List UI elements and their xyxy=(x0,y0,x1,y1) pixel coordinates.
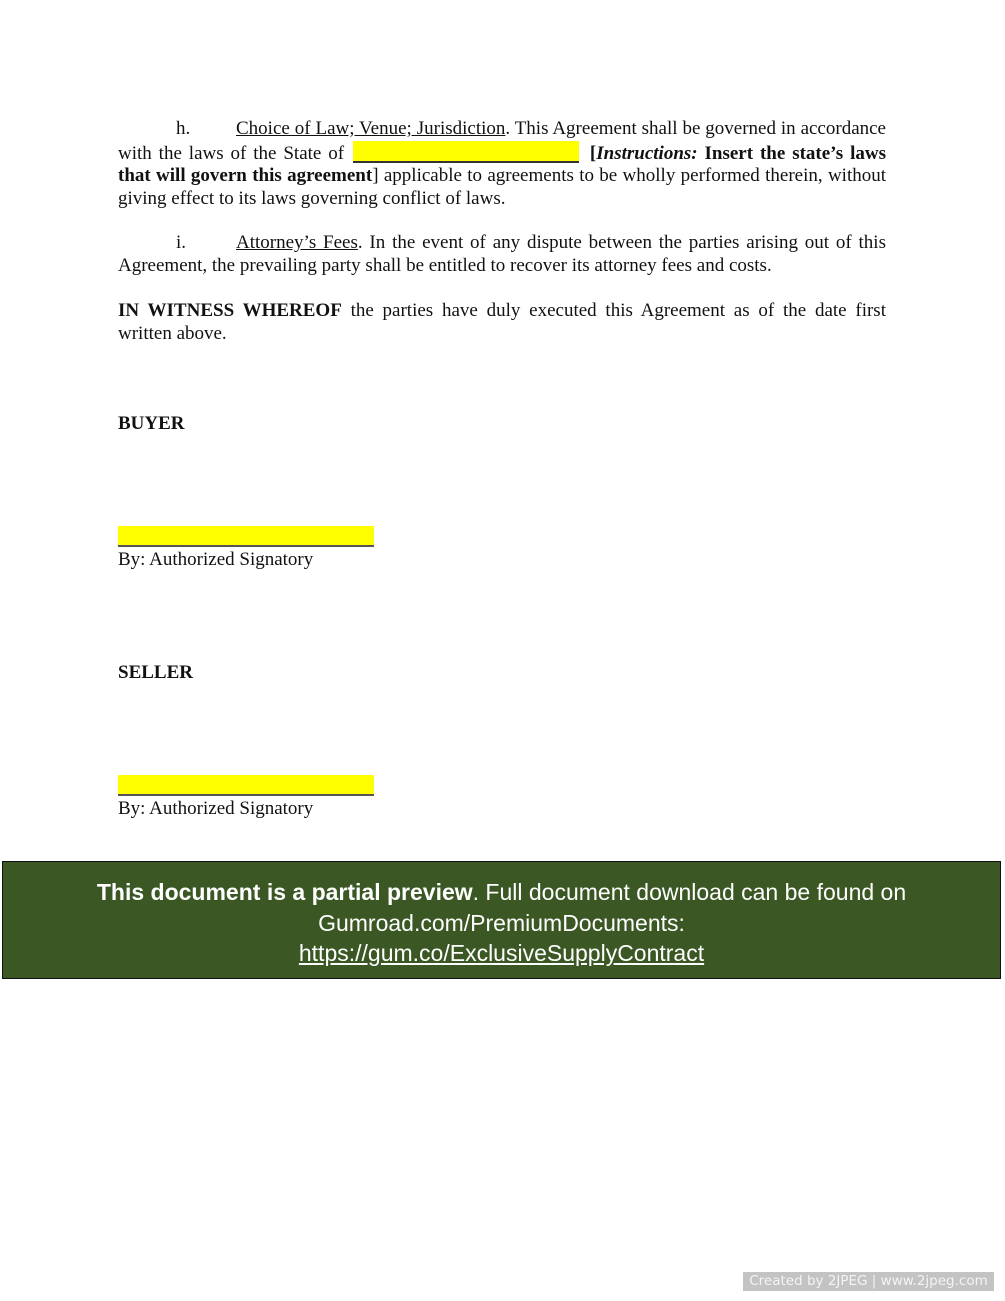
buyer-heading: BUYER xyxy=(118,413,185,435)
section-heading: Choice of Law; Venue; Jurisdiction xyxy=(236,118,505,139)
buyer-signatory-label: By: Authorized Signatory xyxy=(118,549,313,571)
section-number: i. xyxy=(176,232,236,255)
section-number: h. xyxy=(176,118,236,141)
watermark: Created by 2JPEG | www.2jpeg.com xyxy=(743,1272,994,1291)
buyer-signature-field[interactable] xyxy=(118,526,374,547)
section-heading: Attorney’s Fees xyxy=(236,232,358,253)
witness-lead: IN WITNESS WHEREOF xyxy=(118,300,342,321)
banner-line-1: This document is a partial preview. Full… xyxy=(3,877,1000,908)
seller-signature-field[interactable] xyxy=(118,775,374,796)
seller-signatory-label: By: Authorized Signatory xyxy=(118,798,313,820)
witness-clause: IN WITNESS WHEREOF the parties have duly… xyxy=(118,300,886,345)
instructions-label: Instructions: xyxy=(596,143,697,164)
seller-heading: SELLER xyxy=(118,662,193,684)
banner-lead: This document is a partial preview xyxy=(97,879,473,905)
section-choice-of-law: h.Choice of Law; Venue; Jurisdiction. Th… xyxy=(118,118,886,211)
preview-banner: This document is a partial preview. Full… xyxy=(2,861,1001,979)
download-link[interactable]: https://gum.co/ExclusiveSupplyContract xyxy=(299,940,704,966)
state-blank-field[interactable] xyxy=(353,141,579,163)
section-attorneys-fees: i.Attorney’s Fees. In the event of any d… xyxy=(118,232,886,277)
document-page: h.Choice of Law; Venue; Jurisdiction. Th… xyxy=(0,0,1005,1301)
banner-line-2: Gumroad.com/PremiumDocuments: xyxy=(3,908,1000,939)
